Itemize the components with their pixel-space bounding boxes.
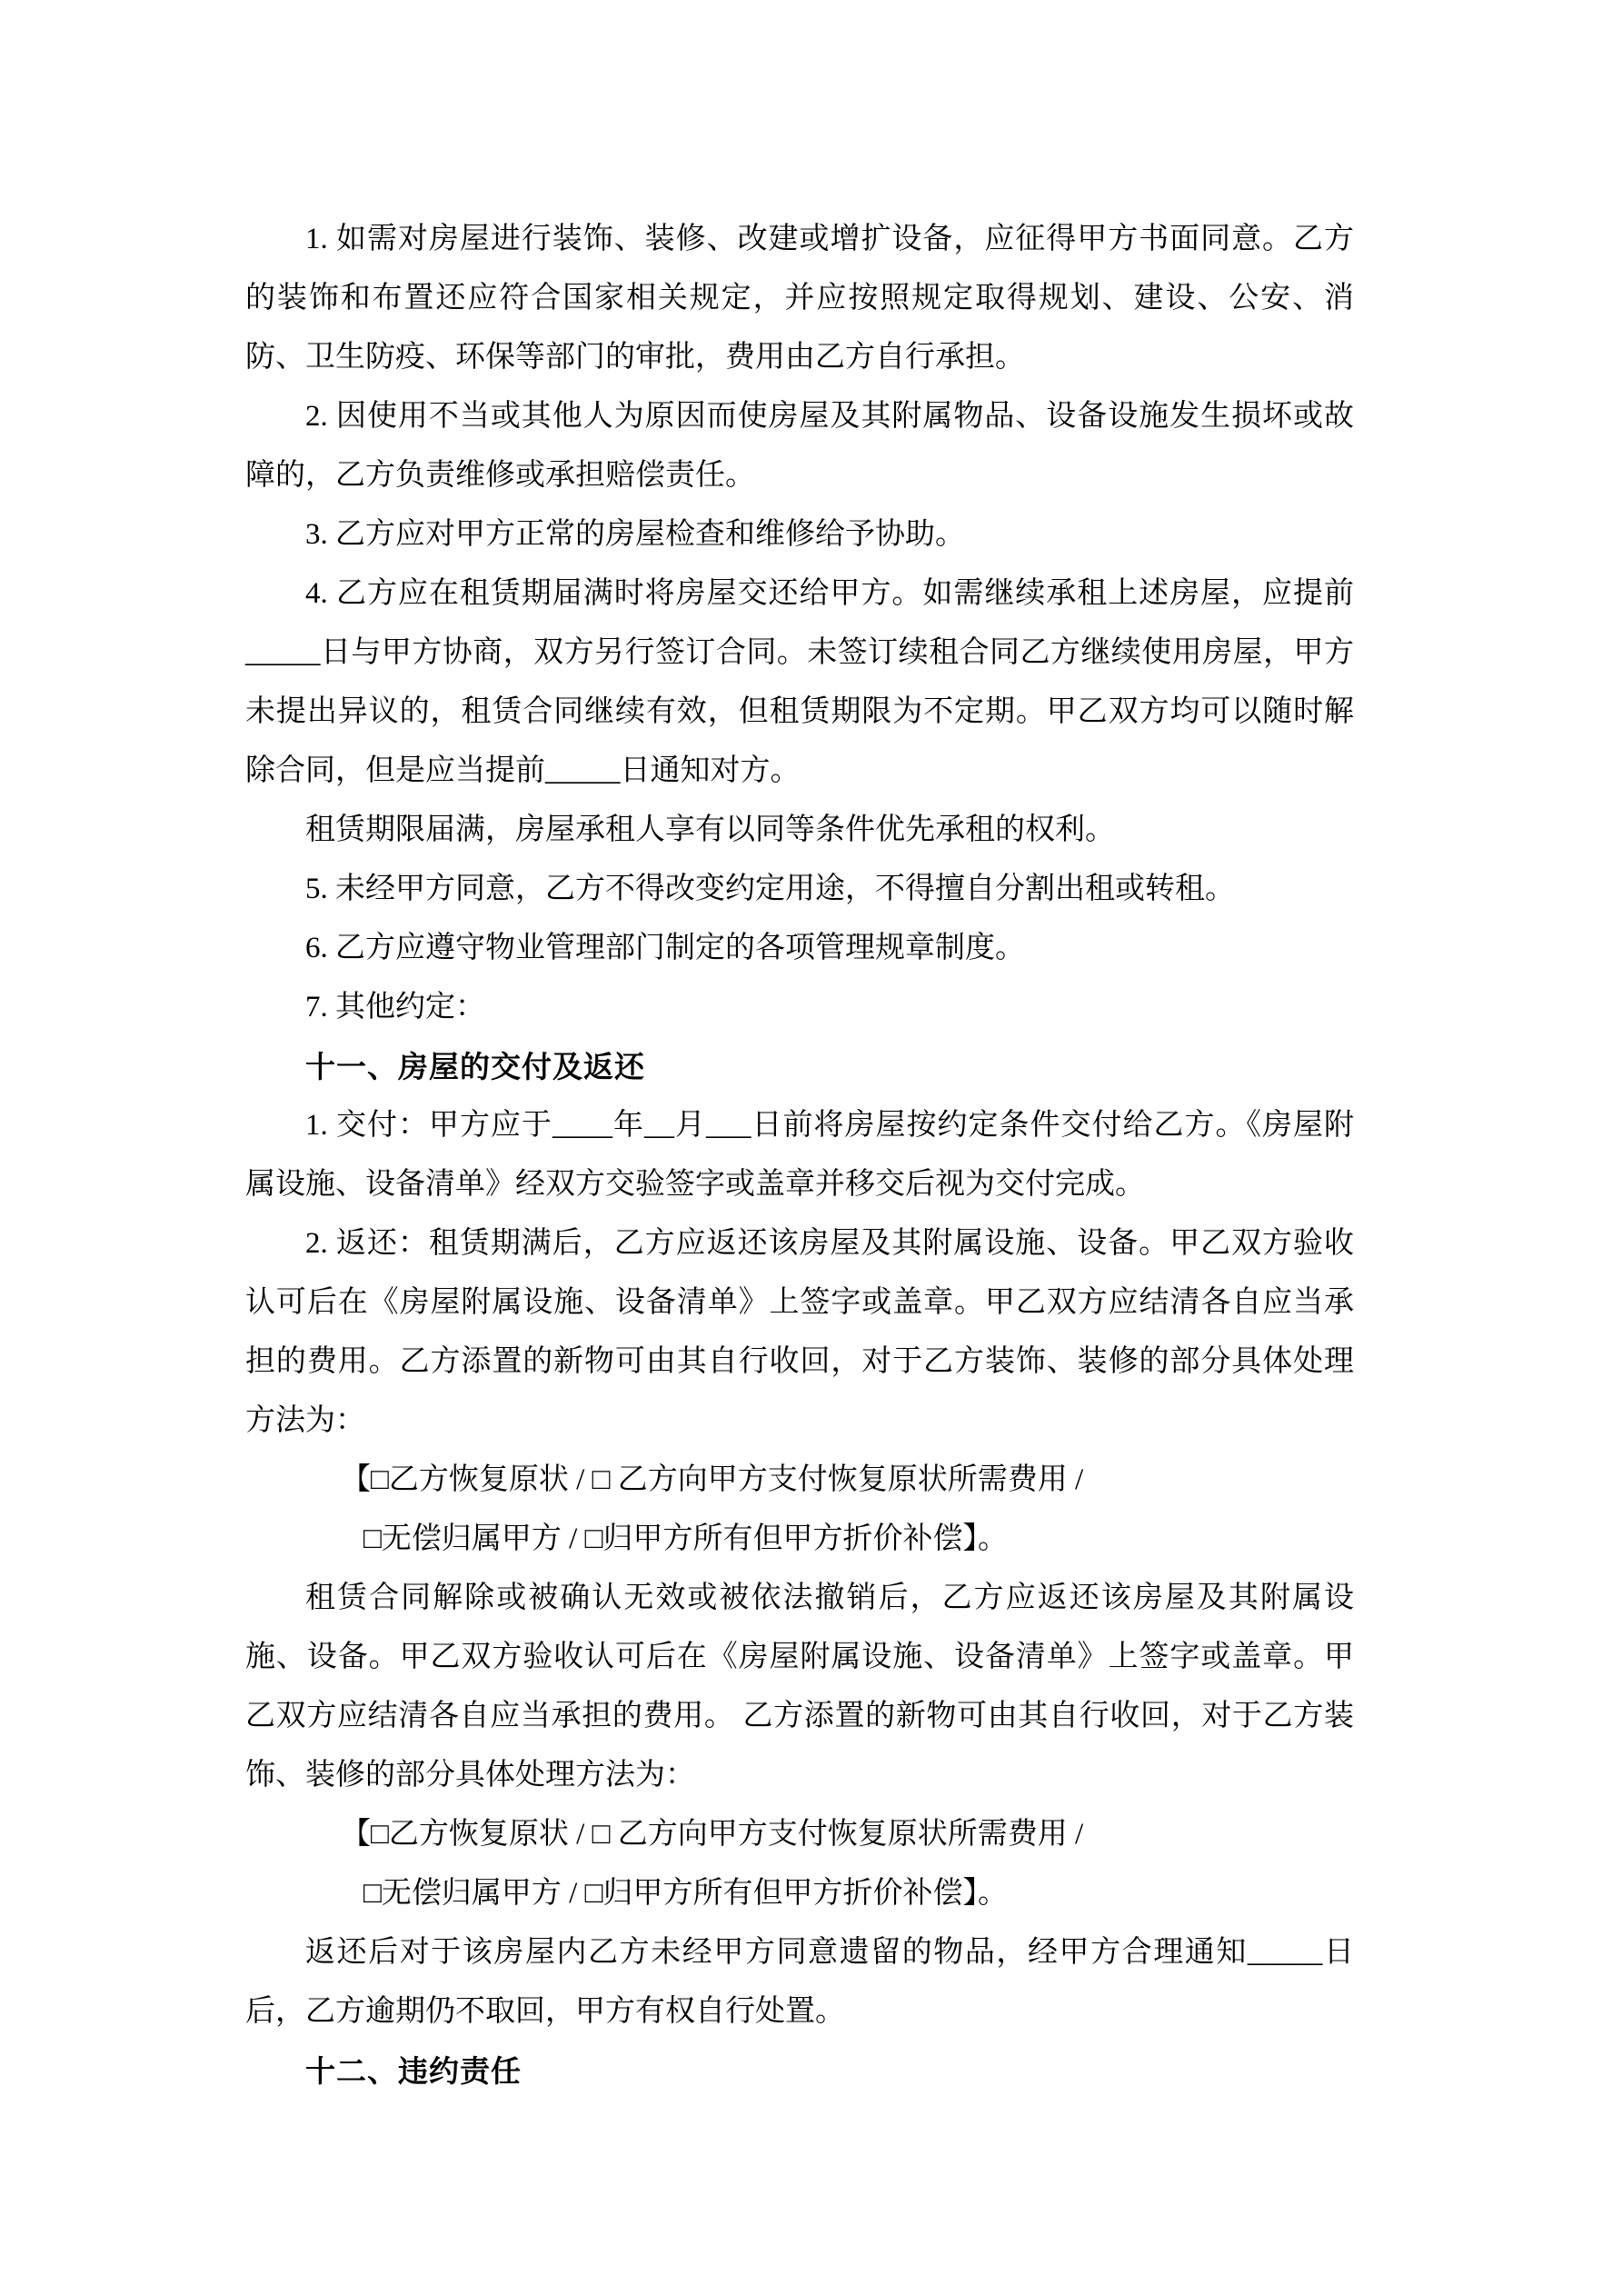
paragraph: 返还后对于该房屋内乙方未经甲方同意遗留的物品，经甲方合理通知_____日后，乙方…	[245, 1923, 1354, 2041]
paragraph: 2. 返还：租赁期满后，乙方应返还该房屋及其附属设施、设备。甲乙双方验收认可后在…	[245, 1214, 1354, 1451]
section-heading: 十一、房屋的交付及返还	[245, 1037, 1354, 1096]
paragraph: 4. 乙方应在租赁期届满时将房屋交还给甲方。如需继续承租上述房屋，应提前____…	[245, 564, 1354, 801]
contract-body: 1. 如需对房屋进行装饰、装修、改建或增扩设备，应征得甲方书面同意。乙方的装饰和…	[245, 210, 1354, 2101]
paragraph: 租赁期限届满，房屋承租人享有以同等条件优先承租的权利。	[245, 801, 1354, 860]
paragraph: 7. 其他约定：	[245, 978, 1354, 1037]
paragraph: 3. 乙方应对甲方正常的房屋检查和维修给予协助。	[245, 505, 1354, 564]
paragraph: 1. 交付：甲方应于____年__月___日前将房屋按约定条件交付给乙方。《房屋…	[245, 1096, 1354, 1214]
option-line: 【□乙方恢复原状 / □ 乙方向甲方支付恢复原状所需费用 /	[245, 1805, 1354, 1864]
paragraph: 6. 乙方应遵守物业管理部门制定的各项管理规章制度。	[245, 919, 1354, 978]
section-heading: 十二、违约责任	[245, 2041, 1354, 2101]
paragraph: 5. 未经甲方同意，乙方不得改变约定用途，不得擅自分割出租或转租。	[245, 860, 1354, 919]
option-line: □无偿归属甲方 / □归甲方所有但甲方折价补偿】。	[245, 1864, 1354, 1923]
option-line: □无偿归属甲方 / □归甲方所有但甲方折价补偿】。	[245, 1510, 1354, 1569]
paragraph: 2. 因使用不当或其他人为原因而使房屋及其附属物品、设备设施发生损坏或故障的，乙…	[245, 387, 1354, 505]
paragraph: 租赁合同解除或被确认无效或被依法撤销后，乙方应返还该房屋及其附属设施、设备。甲乙…	[245, 1569, 1354, 1805]
paragraph: 1. 如需对房屋进行装饰、装修、改建或增扩设备，应征得甲方书面同意。乙方的装饰和…	[245, 210, 1354, 387]
option-line: 【□乙方恢复原状 / □ 乙方向甲方支付恢复原状所需费用 /	[245, 1451, 1354, 1510]
contract-page: 1. 如需对房屋进行装饰、装修、改建或增扩设备，应征得甲方书面同意。乙方的装饰和…	[0, 0, 1622, 2296]
